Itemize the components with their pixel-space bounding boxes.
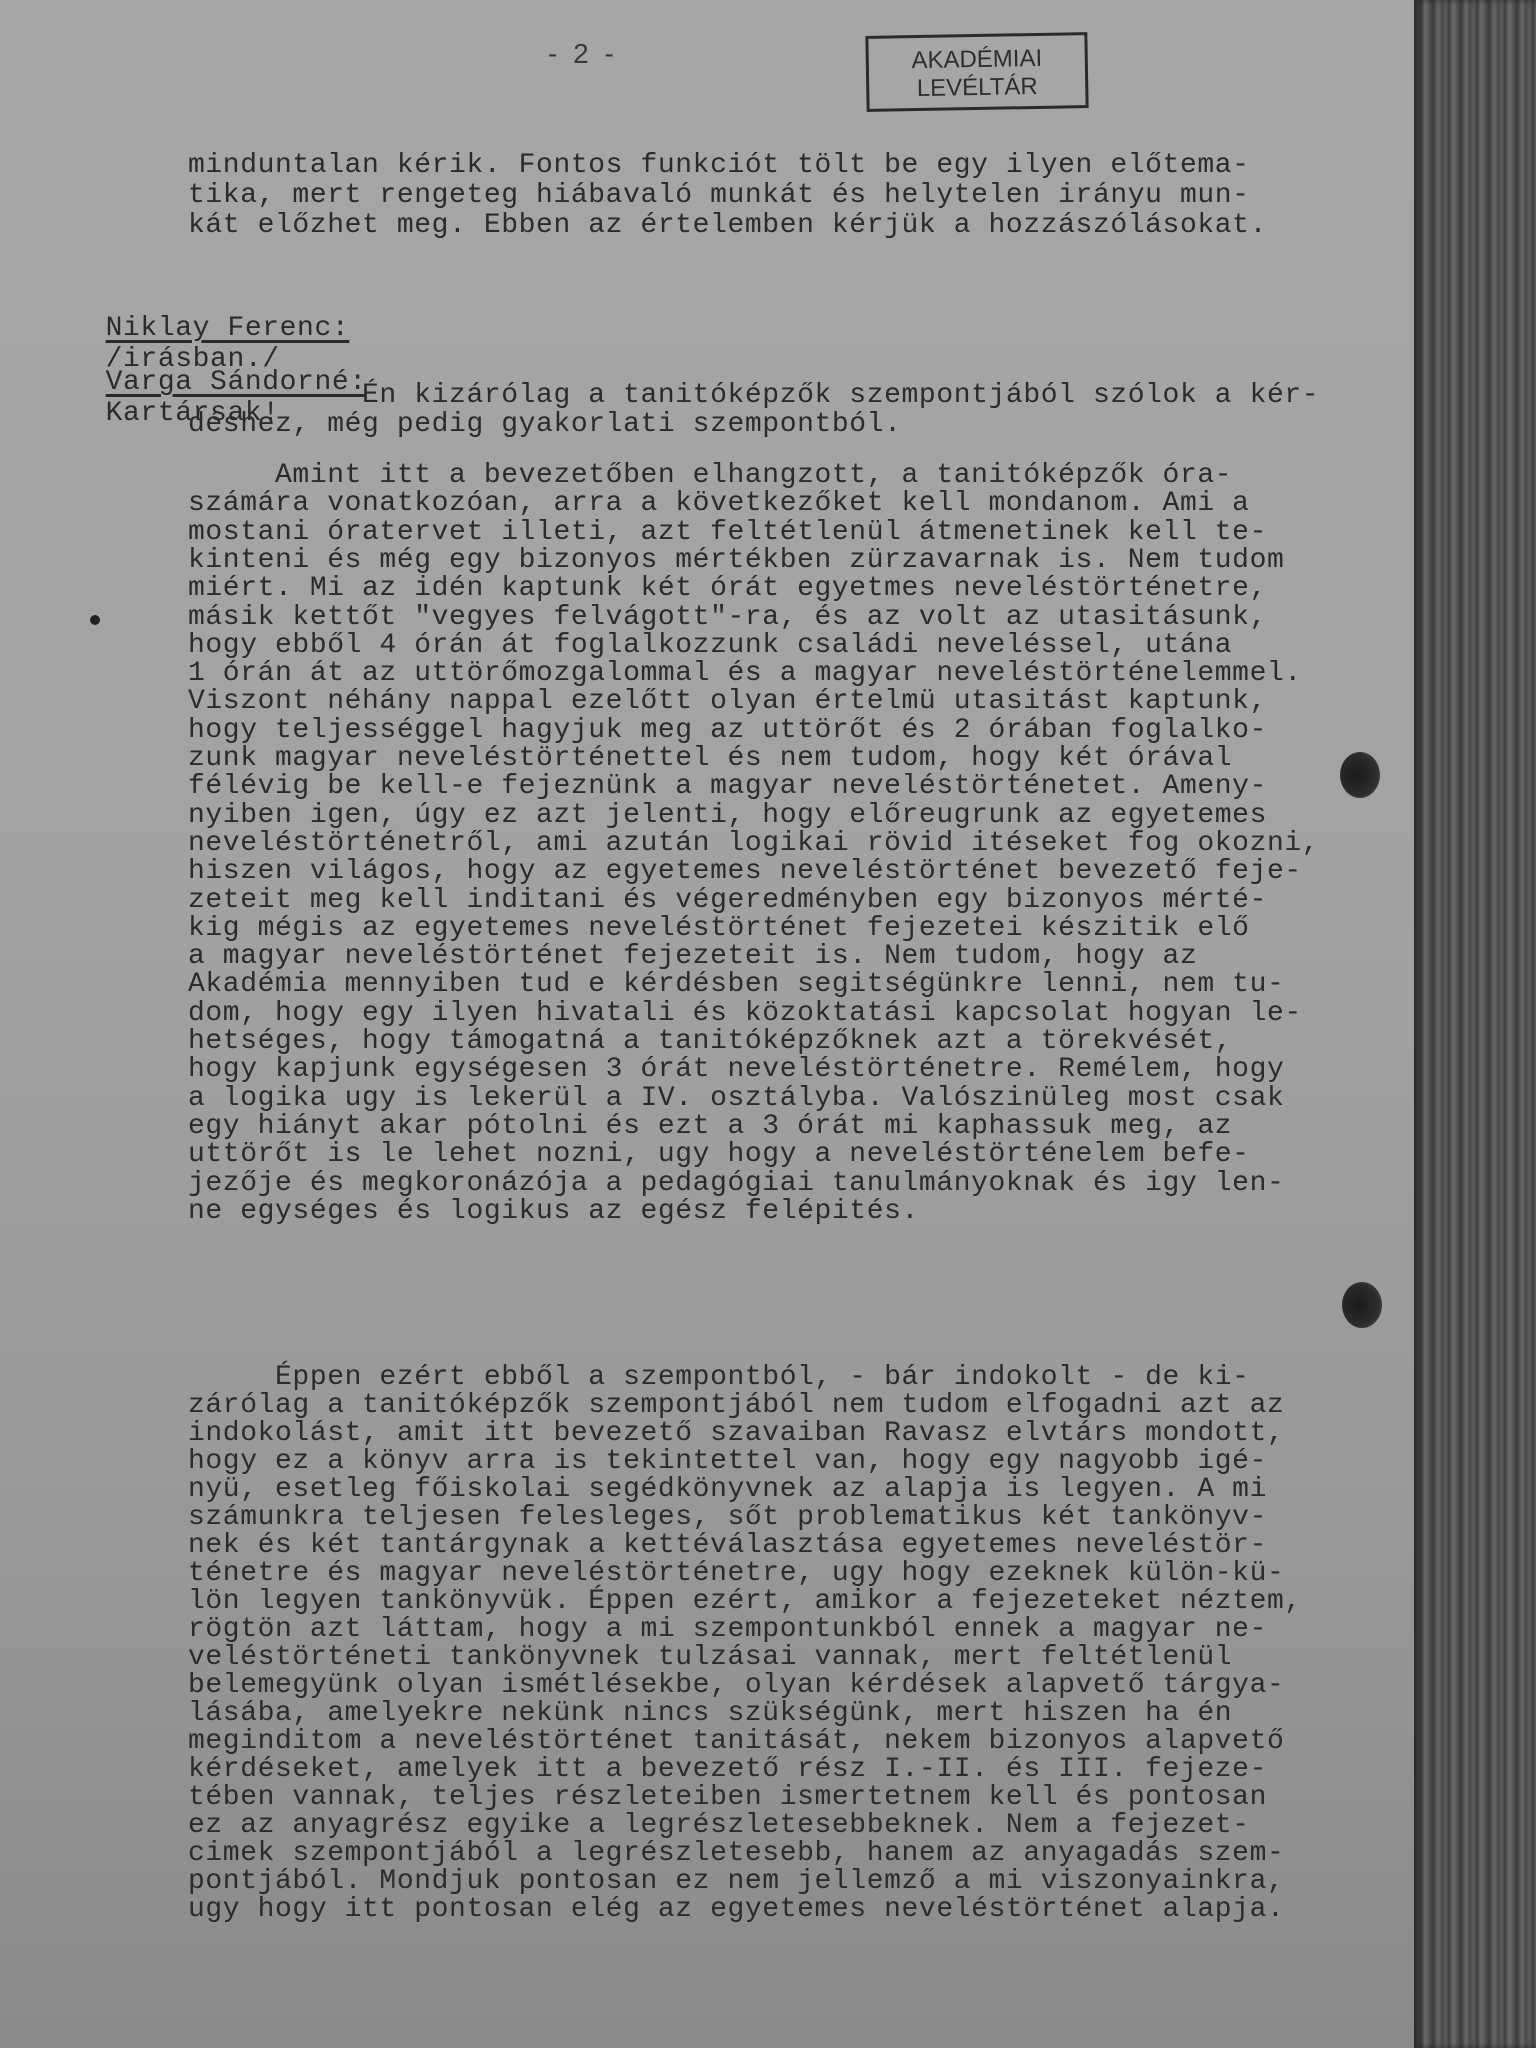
text-line: hogy teljességgel hagyjuk meg az uttörőt… — [188, 715, 1267, 746]
stamp-line-2: LEVÉLTÁR — [869, 72, 1085, 104]
text-line: neveléstörténetről, ami azután logikai r… — [188, 828, 1319, 859]
text-line: félévig be kell-e fejeznünk a magyar nev… — [188, 771, 1267, 802]
text-line: belemegyünk olyan ismétlésekbe, olyan ké… — [188, 1670, 1284, 1701]
text-line: tika, mert rengeteg hiábavaló munkát és … — [188, 180, 1250, 211]
text-line: miért. Mi az idén kaptunk két órát egyet… — [188, 573, 1267, 604]
text-line: kig mégis az egyetemes neveléstörténet f… — [188, 913, 1250, 944]
text-line: nek és két tantárgynak a kettéválasztása… — [188, 1530, 1267, 1561]
text-line: pontjából. Mondjuk pontosan ez nem jelle… — [188, 1866, 1284, 1897]
text-line: a logika ugy is lekerül a IV. osztályba.… — [188, 1083, 1284, 1114]
ink-spot — [90, 615, 100, 625]
typewritten-body: Niklay Ferenc: /irásban./ Varga Sándorné… — [0, 0, 34, 93]
text-line: veléstörténeti tankönyvnek tulzásai vann… — [188, 1642, 1232, 1673]
punch-hole-upper — [1340, 752, 1380, 798]
text-line: cimek szempontjából a legrészletesebb, h… — [188, 1838, 1284, 1869]
text-line: lön legyen tankönyvük. Éppen ezért, amik… — [188, 1586, 1302, 1617]
text-line: hiszen világos, hogy az egyetemes nevelé… — [188, 856, 1302, 887]
text-line: hogy ebből 4 órán át foglalkozzunk csalá… — [188, 630, 1232, 661]
text-line: 1 órán át az uttörőmozgalommal és a magy… — [188, 658, 1302, 689]
text-line: rögtön azt láttam, hogy a mi szempontunk… — [188, 1614, 1267, 1645]
text-line: kérdéseket, amelyek itt a bevezető rész … — [188, 1754, 1267, 1785]
text-line: hogy ez a könyv arra is tekintettel van,… — [188, 1446, 1267, 1477]
text-line: minduntalan kérik. Fontos funkciót tölt … — [188, 150, 1250, 181]
text-line: jezője és megkoronázója a pedagógiai tan… — [188, 1168, 1284, 1199]
text-line: Akadémia mennyiben tud e kérdésben segit… — [188, 969, 1284, 1000]
wooden-surface-background — [1414, 0, 1536, 2048]
text-line: déshez, még pedig gyakorlati szempontból… — [188, 409, 902, 440]
text-line: számunkra teljesen felesleges, sőt probl… — [188, 1502, 1267, 1533]
text-line: egy hiányt akar pótolni és ezt a 3 órát … — [188, 1111, 1232, 1142]
text-line: kinteni és még egy bizonyos mértékben zü… — [188, 545, 1284, 576]
text-line: lásába, amelyekre nekünk nincs szükségün… — [188, 1698, 1232, 1729]
punch-hole-lower — [1342, 1282, 1382, 1328]
text-line: dom, hogy egy ilyen hivatali és közoktat… — [188, 998, 1302, 1029]
text-line: zunk magyar neveléstörténettel és nem tu… — [188, 743, 1232, 774]
text-line: Én kizárólag a tanitóképzők szempontjábó… — [188, 380, 1319, 411]
text-line: ténetre és magyar neveléstörténetre, ugy… — [188, 1558, 1284, 1589]
text-line: nyü, esetleg főiskolai segédkönyvnek az … — [188, 1474, 1267, 1505]
text-line: hetséges, hogy támogatná a tanitóképzőkn… — [188, 1026, 1232, 1057]
text-line: másik kettőt "vegyes felvágott"-ra, és a… — [188, 602, 1267, 633]
stamp-line-1: AKADÉMIAI — [869, 44, 1085, 76]
text-line: uttörőt is le lehet nozni, ugy hogy a ne… — [188, 1139, 1250, 1170]
text-line: zeteit meg kell inditani és végeredményb… — [188, 885, 1267, 916]
text-line: zárólag a tanitóképzők szempontjából nem… — [188, 1390, 1284, 1421]
text-line: kát előzhet meg. Ebben az értelemben kér… — [188, 210, 1267, 241]
text-line: Éppen ezért ebből a szempontból, - bár i… — [188, 1362, 1250, 1393]
text-line: mostani óratervet illeti, azt feltétlenü… — [188, 517, 1267, 548]
text-line: tében vannak, teljes részleteiben ismert… — [188, 1782, 1267, 1813]
archive-stamp: AKADÉMIAI LEVÉLTÁR — [865, 32, 1088, 112]
text-line: ugy hogy itt pontosan elég az egyetemes … — [188, 1894, 1284, 1925]
text-line: indokolást, amit itt bevezető szavaiban … — [188, 1418, 1284, 1449]
text-line: ez az anyagrész egyike a legrészletesebb… — [188, 1810, 1250, 1841]
text-line: nyiben igen, úgy ez azt jelenti, hogy el… — [188, 800, 1267, 831]
text-line: a magyar neveléstörténet fejezeteit is. … — [188, 941, 1197, 972]
text-line: ne egységes és logikus az egész felépité… — [188, 1196, 919, 1227]
page-number: - 2 - — [548, 38, 618, 70]
text-line: meginditom a neveléstörténet tanitását, … — [188, 1726, 1284, 1757]
text-line: Viszont néhány nappal ezelőtt olyan érte… — [188, 686, 1267, 717]
text-line: Amint itt a bevezetőben elhangzott, a ta… — [188, 460, 1232, 491]
text-line: hogy kapjunk egységesen 3 órát neveléstö… — [188, 1054, 1284, 1085]
text-line: számára vonatkozóan, arra a következőket… — [188, 488, 1250, 519]
